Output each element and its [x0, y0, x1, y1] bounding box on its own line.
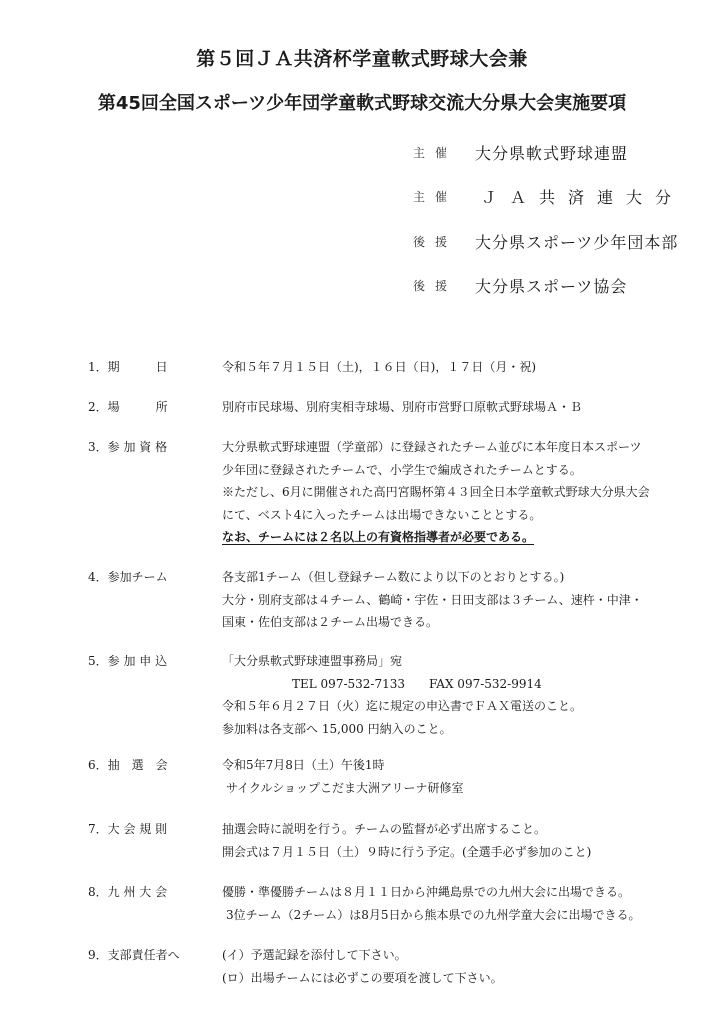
sponsor-organizer-1: 主催 大分県軟式野球連盟 — [413, 130, 684, 175]
contact-tel-fax: TEL 097-532-7133 FAX 097-532-9914 — [222, 673, 658, 696]
item-rules: 7．大 会 規 則 抽選会時に説明を行う。チームの監督が必ず出席すること。 開会… — [88, 818, 658, 863]
item-body: (イ）予選記録を添付して下さい。 (ロ）出場チームには必ずこの要項を渡して下さい… — [222, 944, 658, 989]
item-application: 5．参 加 申 込 「大分県軟式野球連盟事務局」宛 TEL 097-532-71… — [88, 650, 658, 740]
item-line: 大分・別府支部は４チーム、鶴崎・宇佐・日田支部は３チーム、速杵・中津・ — [222, 589, 658, 612]
item-line: 国東・佐伯支部は２チーム出場できる。 — [222, 611, 658, 634]
item-dates: 1．期 日 令和５年７月１５日（土)，１６日（日)，１７日（月・祝) — [88, 356, 658, 379]
sponsor-role: 主催 — [413, 144, 475, 161]
item-body: 優勝・準優勝チームは８月１１日から沖縄島県での九州大会に出場できる。 3位チーム… — [222, 881, 658, 926]
item-label: 9．支部責任者へ — [88, 944, 222, 989]
item-line: 令和５年６月２７日（火）迄に規定の申込書でＦＡＸ電送のこと。 — [222, 695, 658, 718]
item-line: 少年団に登録されたチームで、小学生で編成されたチームとする。 — [222, 459, 658, 482]
item-line: サイクルショップこだま大洲アリーナ研修室 — [222, 777, 658, 800]
item-label: 2．場 所 — [88, 396, 222, 419]
item-line: (ロ）出場チームには必ずこの要項を渡して下さい。 — [222, 967, 658, 990]
item-body: 「大分県軟式野球連盟事務局」宛 TEL 097-532-7133 FAX 097… — [222, 650, 658, 740]
sponsor-org: ＪＡ共済連大分 — [475, 185, 684, 208]
sponsor-supporter-1: 後援 大分県スポーツ少年団本部 — [413, 219, 684, 264]
sponsor-org: 大分県軟式野球連盟 — [475, 141, 628, 164]
item-teams: 4．参加チーム 各支部1チーム（但し登録チーム数により以下のとおりとする。) 大… — [88, 566, 658, 634]
item-line: 令和５年７月１５日（土)，１６日（日)，１７日（月・祝) — [222, 356, 658, 379]
item-kyushu: 8．九 州 大 会 優勝・準優勝チームは８月１１日から沖縄島県での九州大会に出場… — [88, 881, 658, 926]
sponsors-list: 主催 大分県軟式野球連盟 主催 ＪＡ共済連大分 後援 大分県スポーツ少年団本部 … — [413, 130, 684, 308]
sponsor-organizer-2: 主催 ＪＡ共済連大分 — [413, 175, 684, 220]
sponsor-org: 大分県スポーツ少年団本部 — [475, 230, 678, 253]
item-label: 8．九 州 大 会 — [88, 881, 222, 926]
item-label: 7．大 会 規 則 — [88, 818, 222, 863]
item-draw: 6．抽 選 会 令和5年7月8日（土）午後1時 サイクルショップこだま大洲アリー… — [88, 754, 658, 799]
item-line: にて、ベスト4に入ったチームは出場できないこととする。 — [222, 504, 658, 527]
item-line: 令和5年7月8日（土）午後1時 — [222, 754, 658, 777]
item-label: 4．参加チーム — [88, 566, 222, 634]
document-title-line1: 第５回ＪＡ共済杯学童軟式野球大会兼 — [0, 44, 724, 71]
item-venue: 2．場 所 別府市民球場、別府実相寺球場、別府市営野口原軟式野球場Ａ・Ｂ — [88, 396, 658, 419]
item-body: 別府市民球場、別府実相寺球場、別府市営野口原軟式野球場Ａ・Ｂ — [222, 396, 658, 419]
item-label: 3．参 加 資 格 — [88, 436, 222, 549]
item-line: 優勝・準優勝チームは８月１１日から沖縄島県での九州大会に出場できる。 — [222, 881, 658, 904]
item-body: 抽選会時に説明を行う。チームの監督が必ず出席すること。 開会式は７月１５日（土）… — [222, 818, 658, 863]
item-line: 抽選会時に説明を行う。チームの監督が必ず出席すること。 — [222, 818, 658, 841]
coach-requirement-note: なお、チームには２名以上の有資格指導者が必要である。 — [222, 530, 534, 544]
item-branch-leaders: 9．支部責任者へ (イ）予選記録を添付して下さい。 (ロ）出場チームには必ずこの… — [88, 944, 658, 989]
item-line: 開会式は７月１５日（土）９時に行う予定。(全選手必ず参加のこと) — [222, 841, 658, 864]
item-line: 各支部1チーム（但し登録チーム数により以下のとおりとする。) — [222, 566, 658, 589]
sponsor-role: 後援 — [413, 233, 475, 250]
item-label: 1．期 日 — [88, 356, 222, 379]
item-label: 6．抽 選 会 — [88, 754, 222, 799]
item-line: 別府市民球場、別府実相寺球場、別府市営野口原軟式野球場Ａ・Ｂ — [222, 396, 658, 419]
item-body: 令和５年７月１５日（土)，１６日（日)，１７日（月・祝) — [222, 356, 658, 379]
item-line: 「大分県軟式野球連盟事務局」宛 — [222, 650, 658, 673]
item-label: 5．参 加 申 込 — [88, 650, 222, 740]
item-line: ※ただし、6月に開催された高円宮賜杯第４３回全日本学童軟式野球大分県大会 — [222, 481, 658, 504]
item-body: 大分県軟式野球連盟（学童部）に登録されたチーム並びに本年度日本スポーツ 少年団に… — [222, 436, 658, 549]
sponsor-org: 大分県スポーツ協会 — [475, 274, 627, 297]
item-body: 各支部1チーム（但し登録チーム数により以下のとおりとする。) 大分・別府支部は４… — [222, 566, 658, 634]
item-line: 大分県軟式野球連盟（学童部）に登録されたチーム並びに本年度日本スポーツ — [222, 436, 658, 459]
sponsor-role: 主催 — [413, 188, 475, 205]
sponsor-supporter-2: 後援 大分県スポーツ協会 — [413, 264, 684, 309]
item-line: 3位チーム（2チーム）は8月5日から熊本県での九州学童大会に出場できる。 — [222, 904, 658, 927]
item-body: 令和5年7月8日（土）午後1時 サイクルショップこだま大洲アリーナ研修室 — [222, 754, 658, 799]
document-title-line2: 第45回全国スポーツ少年団学童軟式野球交流大分県大会実施要項 — [0, 89, 724, 115]
item-line: (イ）予選記録を添付して下さい。 — [222, 944, 658, 967]
item-eligibility: 3．参 加 資 格 大分県軟式野球連盟（学童部）に登録されたチーム並びに本年度日… — [88, 436, 658, 549]
sponsor-role: 後援 — [413, 277, 475, 294]
item-line: 参加料は各支部へ 15,000 円納入のこと。 — [222, 718, 658, 741]
